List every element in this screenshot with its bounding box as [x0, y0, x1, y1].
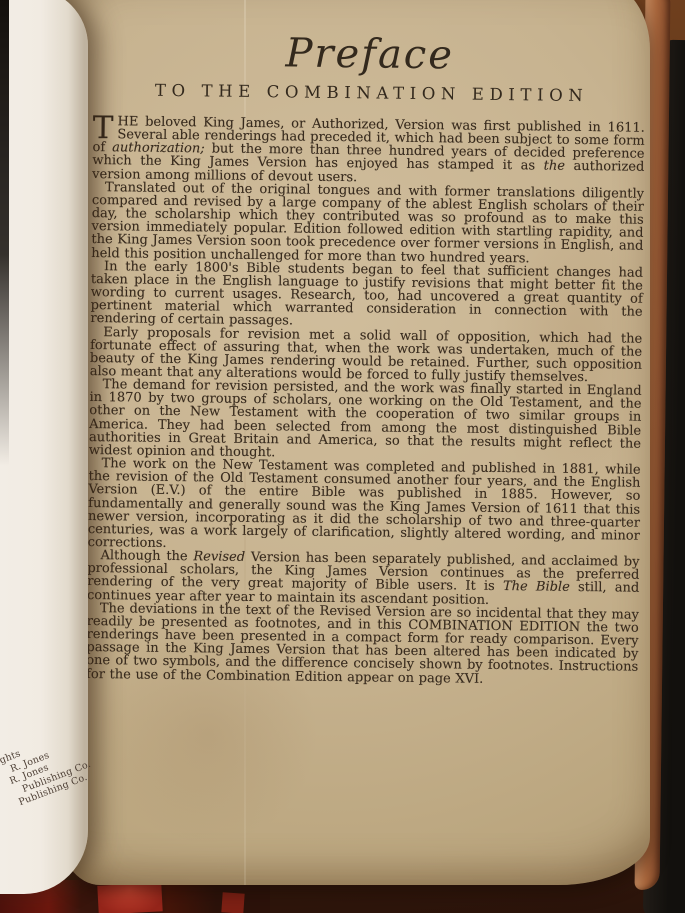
paragraph: In the early 1800's Bible students began…	[90, 260, 643, 333]
paragraph: The work on the New Testament was comple…	[88, 457, 641, 556]
text-run: The demand for revision persisted, and t…	[89, 377, 642, 460]
paragraph: Although the Revised Version has been se…	[87, 549, 640, 608]
text-run: Translated out of the original tongues a…	[91, 180, 644, 266]
text-run: In the early 1800's Bible students began…	[90, 259, 643, 329]
gutter-shadow	[0, 0, 9, 466]
text-run: Early proposals for revision met a solid…	[90, 325, 643, 385]
preface-page: Preface TO THE COMBINATION EDITION THE b…	[58, 0, 650, 885]
book-photo-scene: Preface TO THE COMBINATION EDITION THE b…	[0, 0, 685, 913]
red-ribbon	[97, 882, 162, 913]
italic-text: The Bible	[503, 580, 570, 596]
body-text: THE beloved King James, or Authorized, V…	[86, 115, 645, 687]
printed-content: Preface TO THE COMBINATION EDITION THE b…	[86, 28, 646, 687]
paragraph: Early proposals for revision met a solid…	[90, 325, 643, 384]
paragraph: The demand for revision persisted, and t…	[89, 378, 642, 464]
text-run: The work on the New Testament was comple…	[88, 456, 641, 551]
previous-page-edge: ghtsR. JonesR. JonesPublishing Co.Publis…	[0, 0, 88, 894]
italic-text: the	[544, 159, 565, 174]
paragraph: The deviations in the text of the Revise…	[86, 602, 639, 688]
paragraph: THE beloved King James, or Authorized, V…	[92, 115, 645, 188]
page-title: Preface	[93, 28, 646, 81]
paragraph: Translated out of the original tongues a…	[91, 181, 644, 267]
text-run: The deviations in the text of the Revise…	[86, 601, 639, 686]
dark-red-ribbon	[221, 892, 244, 913]
drop-cap: T	[93, 115, 118, 141]
page-subtitle: TO THE COMBINATION EDITION	[93, 78, 645, 109]
